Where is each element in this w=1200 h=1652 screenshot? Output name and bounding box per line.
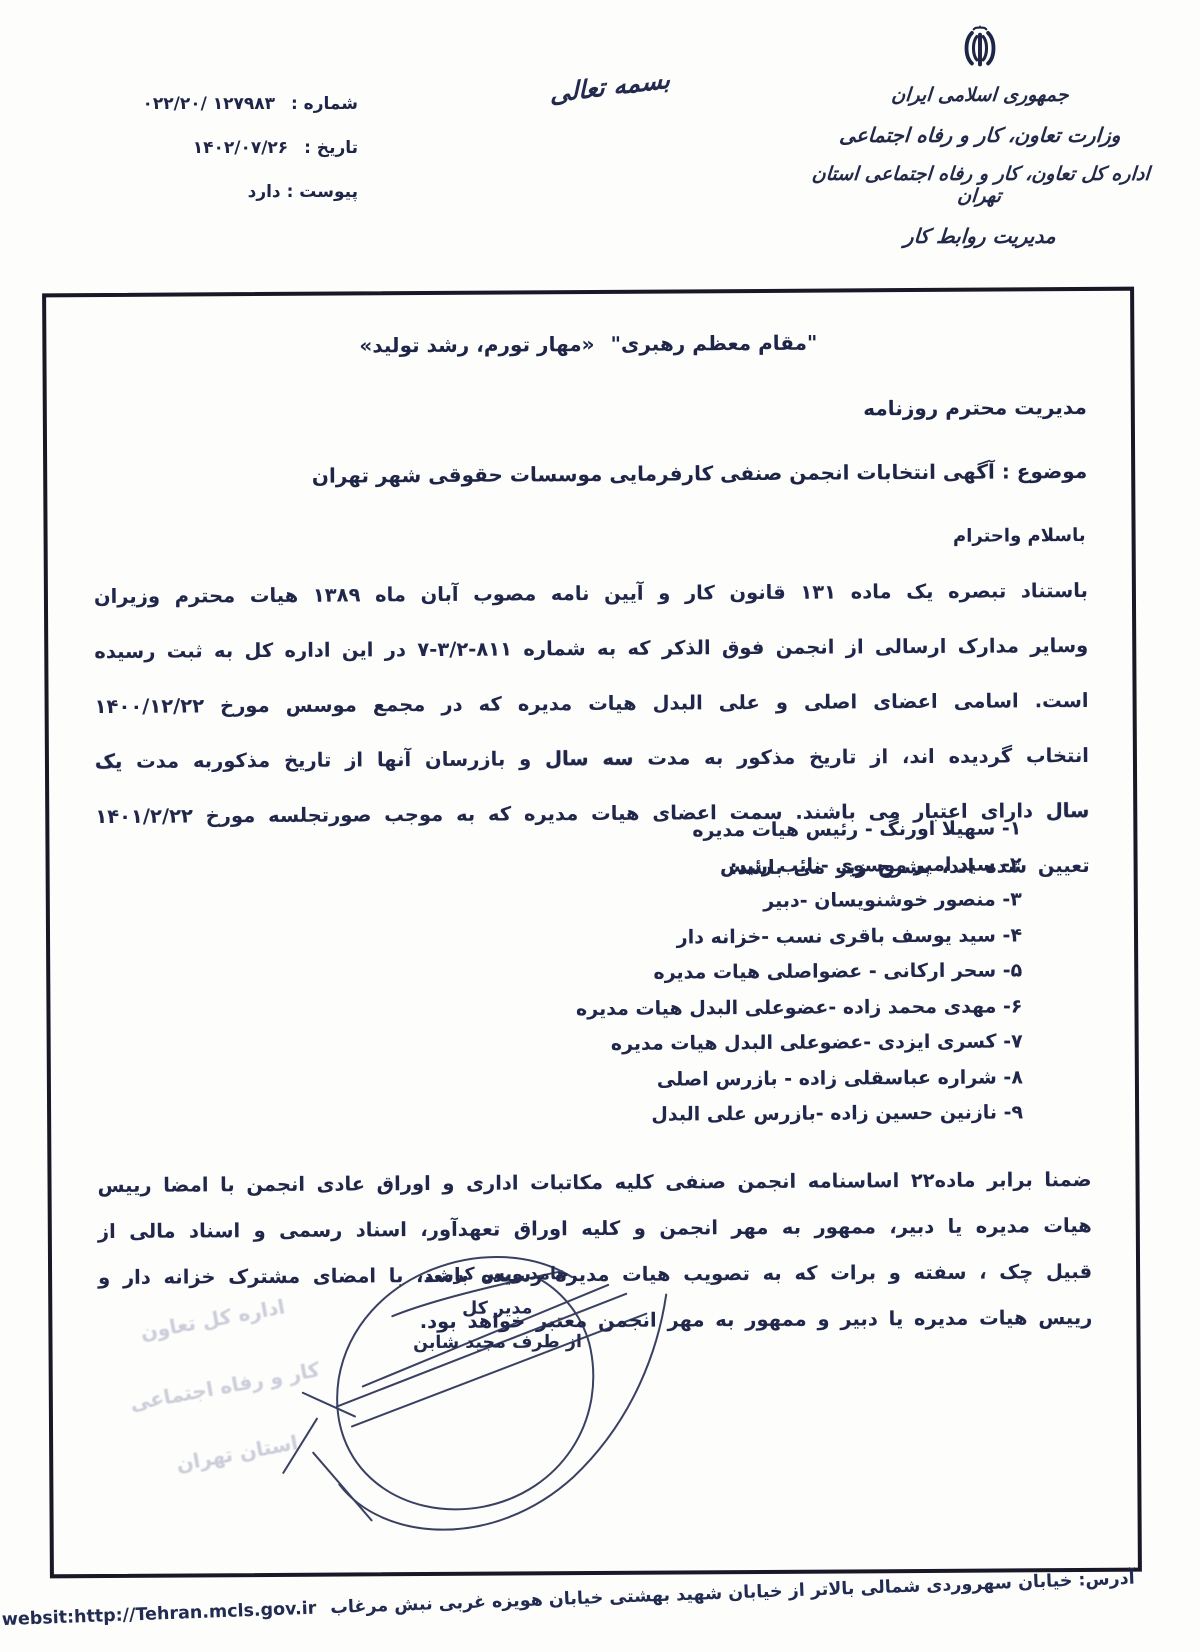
salutation-line: باسلام واحترام: [953, 525, 1086, 547]
board-members-list: ۱- سهیلا اورنگ - رئیس هیات مدیره۲- سید ا…: [575, 811, 1023, 1133]
board-member-item: ۸- شراره عباسقلی زاده - بازرس اصلی: [576, 1060, 1023, 1098]
footer-address: آدرس: خیابان سهروردی شمالی بالاتر از خیا…: [330, 1569, 1135, 1618]
slogan-attribution: "مقام معظم رهبری": [610, 331, 817, 356]
emphasized-text: سه سال: [545, 747, 633, 771]
subject-line: موضوع : آگهی انتخابات انجمن صنفی کارفرما…: [312, 459, 1087, 488]
board-member-item: ۹- نازنین حسین زاده -بازرس علی البدل: [577, 1095, 1024, 1133]
letterhead-office: اداره کل تعاون، کار و رفاه اجتماعی استان…: [788, 163, 1171, 207]
letter-meta-block: شماره : ۰۲۲/۲۰/ ۱۲۷۹۸۳ تاریخ : ۱۴۰۲/۰۷/۲…: [58, 82, 358, 214]
board-member-item: ۲- سید امیر موسوی -نائب رئیس: [575, 847, 1022, 885]
letter-attachment-line: پیوست : دارد: [58, 170, 358, 214]
board-member-item: ۶- مهدی محمد زاده -عضوعلی البدل هیات مدی…: [576, 989, 1023, 1027]
letter-date-line: تاریخ : ۱۴۰۲/۰۷/۲۶: [58, 126, 358, 170]
letter-frame: «مهار تورم، رشد تولید» "مقام معظم رهبری"…: [42, 287, 1142, 1579]
signer-title: مدیر کل: [352, 1291, 642, 1327]
letterhead-country: جمهوری اسلامی ایران: [789, 84, 1171, 106]
body-text-segment: و بازرسان آنها از تاریخ مذکوربه مدت: [122, 747, 545, 773]
signer-name: حامد ویس کرمی: [352, 1257, 642, 1293]
iran-allah-emblem-icon: [953, 22, 1007, 78]
letter-date-value: ۱۴۰۲/۰۷/۲۶: [193, 126, 288, 170]
letter-number-label: شماره :: [291, 94, 358, 114]
letter-attachment-label: پیوست :: [287, 182, 358, 202]
letterhead-ministry: وزارت تعاون، کار و رفاه اجتماعی: [789, 123, 1171, 147]
slogan-line: «مهار تورم، رشد تولید» "مقام معظم رهبری": [46, 329, 1130, 360]
body-text-segment: باستناد تبصره یک ماده ۱۳۱ قانون کار و آی…: [94, 579, 1089, 770]
letter-number-line: شماره : ۰۲۲/۲۰/ ۱۲۷۹۸۳: [58, 82, 358, 126]
scanned-letter-page: شماره : ۰۲۲/۲۰/ ۱۲۷۹۸۳ تاریخ : ۱۴۰۲/۰۷/۲…: [0, 0, 1200, 1652]
recipient-line: مدیریت محترم روزنامه: [863, 395, 1087, 420]
letterhead: جمهوری اسلامی ایران وزارت تعاون، کار و ر…: [790, 22, 1170, 248]
letter-date-label: تاریخ :: [304, 138, 358, 158]
letter-attachment-value: دارد: [248, 182, 281, 202]
besmele-calligraphy: بسمه تعالی: [501, 59, 720, 115]
board-member-item: ۵- سحر ارکانی - عضواصلی هیات مدیره: [576, 953, 1023, 991]
slogan-motto: «مهار تورم، رشد تولید»: [359, 332, 594, 357]
board-member-item: ۳- منصور خوشنویسان -دبیر: [575, 882, 1022, 920]
letterhead-department: مدیریت روابط کار: [789, 224, 1171, 248]
signature-block: حامد ویس کرمی مدیر کل از طرف مجید شابن: [352, 1257, 643, 1361]
board-member-item: ۷- کسری ایزدی -عضوعلی البدل هیات مدیره: [576, 1024, 1023, 1062]
signer-on-behalf: از طرف مجید شابن: [352, 1325, 642, 1361]
board-member-item: ۴- سید یوسف باقری نسب -خزانه دار: [575, 918, 1022, 956]
footer-website: websit:http://Tehran.mcls.gov.ir: [1, 1599, 316, 1631]
board-member-item: ۱- سهیلا اورنگ - رئیس هیات مدیره: [575, 811, 1022, 849]
letter-number-value: ۰۲۲/۲۰/ ۱۲۷۹۸۳: [143, 82, 275, 126]
footer-address-line: آدرس: خیابان سهروردی شمالی بالاتر از خیا…: [75, 1569, 1135, 1628]
